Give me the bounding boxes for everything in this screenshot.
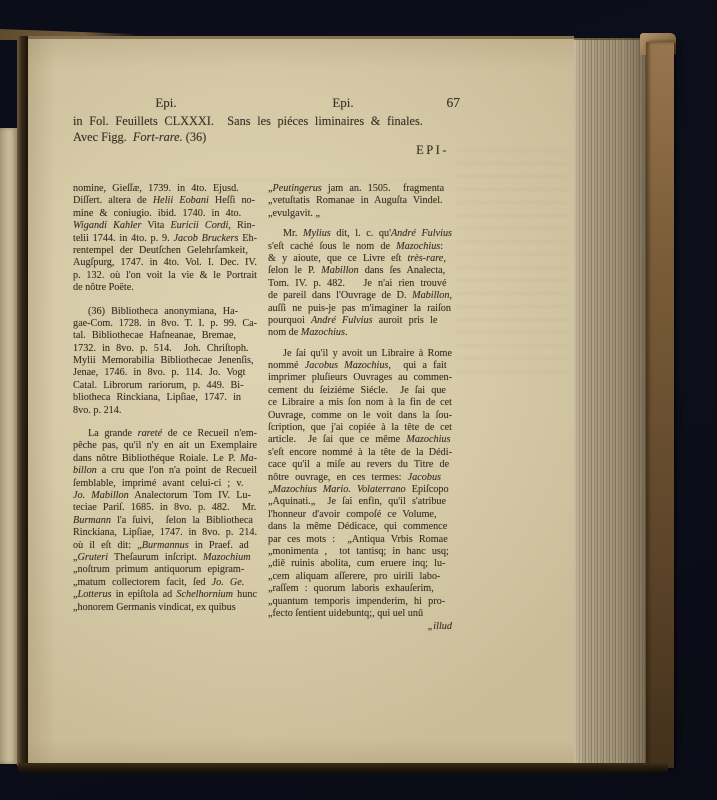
show-through-smudge [456,149,568,379]
running-header-left: Epi. [73,95,259,111]
body-line: La grande rareté de ce Recueil n'em- [73,428,257,440]
body-line: ſcription, que j'ai copiée à la tête de … [268,422,452,434]
body-line: „Gruteri Theſaurum inſcript. Mazochium [73,552,257,564]
body-line: ce Libraire a mis ſon nom à la fin de ce… [268,397,452,409]
body-line: „noſtrum primum antiquorum epigram- [73,564,257,576]
body-line: Jo. Mabillon Analectorum Tom IV. Lu- [73,490,257,502]
body-line: mine & coniugio. ibid. 1740. in 4to. [73,208,257,220]
body-line: par ces mots : „Antiqua Vrbis Romae [268,534,452,546]
intro-line-1: in Fol. Feuillets CLXXXI. Sans les piéce… [73,114,449,129]
body-line: (36) Bibliotheca anonymiana, Ha- [73,306,257,318]
body-line: Catal. Librorum rariorum, p. 449. Bi- [73,380,257,392]
body-line: 1732. in 8vo. p. 514. Joh. Chriſtoph. [73,343,257,355]
body-line: telii 1744. in 4to. p. 9. Jacob Bruckers… [73,233,257,245]
facing-page-edge [0,128,17,764]
body-line: nôtre ouvrage, en ces termes: Jacobus [268,472,452,484]
body-line: Ouvrage, comme on le voit dans la ſou- [268,410,452,422]
body-line: nommé Jacobus Mazochius, qui a fait [268,360,452,372]
catchword-bottom: „illud [268,621,452,632]
cover-board [646,42,674,768]
right-column: „Peutingerus jam an. 1505. fragmenta„vet… [268,183,452,620]
body-line: Rinckiana, Lipſiae, 1747. in 8vo. p. 214… [73,527,257,539]
body-line: billon a cru que l'on n'a point de Recue… [73,465,257,477]
body-line: p. 132. où l'on voit la vie & le Portrai… [73,270,257,282]
body-line: rentempel der Deutſchen Gelehrſamkeit, [73,245,257,257]
body-line: „Lotterus in epiſtola ad Schelhornium hu… [73,589,257,601]
body-line: „evulgavit. „ [268,208,452,220]
body-line: Tom. IV. p. 482. Je n'ai rien trouvé [268,278,452,290]
body-line: cace qu'il a miſe au revers du Titre de [268,459,452,471]
book-bottom-edge [18,763,668,773]
body-line: nom de Mazochius. [268,327,452,339]
body-line: de nôtre Poëte. [73,282,257,294]
body-line: Jenae, 1746. in 8vo. p. 114. Jo. Vogt [73,367,257,379]
body-line: dans la même Dédicace, qui commence [268,521,452,533]
running-header-center: Epi. [268,95,418,111]
body-line: article. Je ſai que ce même Mazochius [268,434,452,446]
body-line: Mr. Mylius dit, l. c. qu'André Fulvius [268,228,452,240]
body-line: tal. Bibliothecae Hafneanae, Bremae, [73,330,257,342]
body-line: „honorem Germanis vindicat, ex quibus [73,602,257,614]
body-line: teciae Pariſ. 1685. in 8vo. p. 482. Mr. [73,502,257,514]
body-line: „Aquinati.„ Je ſai enfin, qu'il s'atribu… [268,496,452,508]
body-line: Wigandi Kahler Vita Euricii Cordi, Rin- [73,220,257,232]
body-line: Diſſert. altera de Helii Eobani Heſſi no… [73,195,257,207]
body-line: „monimenta , tot tantisq; in hanc usq; [268,546,452,558]
body-line: „diē ruinis abolita, cum eruere inq; lu- [268,558,452,570]
body-line: Mylii Memorabilia Bibliothecae Jenenſis, [73,355,257,367]
body-line: gae-Com. 1728. in 8vo. T. I. p. 99. Ca- [73,318,257,330]
fore-edge-pages [574,38,646,768]
body-line: s'eſt caché ſous le nom de Mazochius: [268,241,452,253]
gutter-shadow [17,36,28,766]
body-line: s'eſt encore nommé à la tête de la Dédi- [268,447,452,459]
body-line: pêche pas, qu'il n'y en ait un Exemplair… [73,440,257,452]
paragraph: (36) Bibliotheca anonymiana, Ha-gae-Com.… [73,306,257,418]
body-line: „matum collectorem facit, ſed Jo. Ge. [73,577,257,589]
page-number: 67 [415,95,460,111]
body-line: 8vo. p. 214. [73,405,257,417]
paragraph: Mr. Mylius dit, l. c. qu'André Fulviuss'… [268,228,452,340]
body-line: imprimer pluſieurs Ouvrages au commen- [268,372,452,384]
body-line: où il eſt dit: „Burmannus in Praef. ad [73,540,257,552]
body-line: „cem aliquam aſſerere, pro uirili labo- [268,571,452,583]
body-line: dans nôtre Bibliothéque Roiale. Le P. Ma… [73,453,257,465]
paragraph: La grande rareté de ce Recueil n'em-pêch… [73,428,257,614]
body-line: l'honneur d'avoir compoſé ce Volume, [268,509,452,521]
paragraph: „Peutingerus jam an. 1505. fragmenta„vet… [268,183,452,220]
body-line: „raſſem : quorum laboris exhauſerim, [268,583,452,595]
body-line: „fecto ſentient uidebuntq;, qui uel unū [268,608,452,620]
paragraph: nomine, Gieſſæ, 1739. in 4to. Ejusd.Diſſ… [73,183,257,295]
section-catchword: EPI- [75,143,449,158]
body-line: ſemblable, imprimé avant celui-ci ; v. [73,478,257,490]
book-scan: Epi. Epi. 67 in Fol. Feuillets CLXXXI. S… [0,0,717,800]
body-line: pourquoi André Fulvius auroit pris le [268,315,452,327]
body-line: bliotheca Rinckiana, Lipſiae, 1747. in [73,392,257,404]
body-line: ſelon le P. Mabillon dans ſes Analecta, [268,265,452,277]
body-line: auſſi ne puis-je pas m'imaginer la raiſo… [268,303,452,315]
body-line: nomine, Gieſſæ, 1739. in 4to. Ejusd. [73,183,257,195]
body-line: de pareil dans l'Ouvrage de D. Mabillon, [268,290,452,302]
body-line: „Peutingerus jam an. 1505. fragmenta [268,183,452,195]
body-line: Burmann l'a ſuivi, ſelon la Bibliotheca [73,515,257,527]
body-line: „Mazochius Mario. Volaterrano Epiſcopo [268,484,452,496]
body-line: „quantum temporis impenderim, hi pro- [268,596,452,608]
body-line: & y aioute, que ce Livre eſt très-rare, [268,253,452,265]
body-line: Augſpurg, 1747. in 4to. Vol. I. Dec. IV. [73,257,257,269]
body-line: Je ſai qu'il y avoit un Libraire à Rome [268,348,452,360]
paragraph: Je ſai qu'il y avoit un Libraire à Romen… [268,348,452,621]
left-column: nomine, Gieſſæ, 1739. in 4to. Ejusd.Diſſ… [73,183,257,614]
body-line: „vetuſtatis Romanae in Auguſta Vindel. [268,195,452,207]
body-line: cement du ſeiziéme Siécle. Je ſai que [268,385,452,397]
